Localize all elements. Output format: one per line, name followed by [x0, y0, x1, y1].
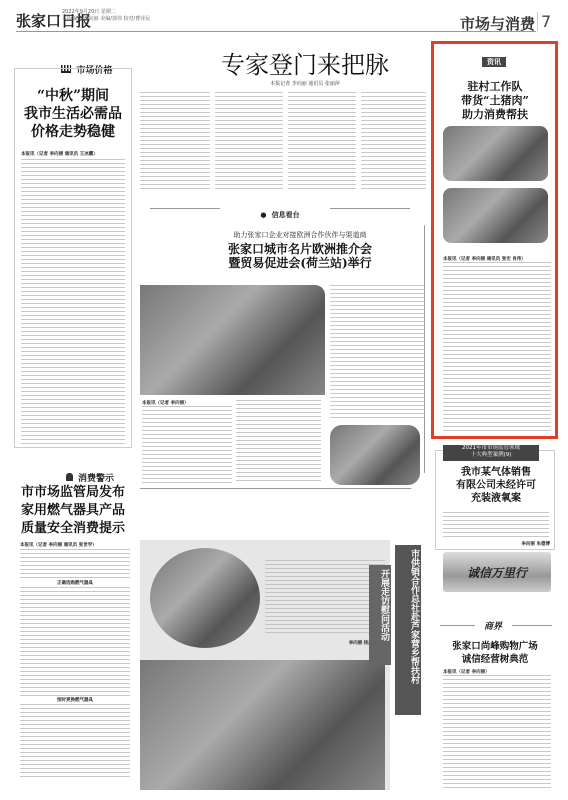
- info-rule-right: [330, 208, 410, 209]
- price-article: “中秋”期间 我市生活必需品 价格走势稳健 本报讯（记者 李向丽 通讯员 王冰鹏…: [14, 68, 132, 448]
- header-rule: [16, 31, 536, 32]
- tips-body-1: [20, 549, 130, 579]
- price-body-text: [21, 159, 125, 444]
- case-tag: 2021年市市场监管领域 十大典型案例(9): [443, 445, 539, 461]
- tips-body-3: [20, 704, 130, 780]
- visit-photo-round: [150, 548, 260, 648]
- news-kicker: 资讯: [482, 57, 506, 67]
- tips-subhead-2: 按时更换燃气器具: [20, 697, 130, 703]
- lead-byline: 本报记者 李向丽 通讯员 张丽萍: [180, 80, 430, 87]
- business-headline: 张家口尚峰购物广场 诚信经营树典范: [436, 640, 554, 666]
- event-photo-small: [330, 425, 420, 485]
- issue-date: 2022年9月20日 星期二: [62, 9, 150, 16]
- tips-subhead-1: 正确选购燃气器具: [20, 580, 130, 586]
- info-rule-left: [150, 208, 220, 209]
- lead-body-col2: [215, 92, 283, 192]
- case-credit: 李向丽 朱德博: [500, 541, 550, 547]
- page-number: 7: [537, 12, 551, 31]
- business-rule-right: [512, 625, 552, 626]
- building-icon: [66, 473, 73, 481]
- info-subtitle: 助力张家口企业对接欧洲合作伙伴与渠道商: [180, 230, 420, 240]
- feature-vertical-banner: 市供销合作总社赴芦家营乡帮扶村: [395, 545, 421, 715]
- lead-body-col1: [140, 92, 210, 192]
- tips-byline: 本报讯（记者 李向丽 通讯员 张世学）: [20, 542, 130, 548]
- tips-headline: 市市场监管局发布 家用燃气器具产品 质量安全消费提示: [14, 484, 132, 538]
- case-body: [443, 512, 549, 540]
- news-headline: 驻村工作队 带货“土猪肉” 助力消费帮扶: [436, 80, 554, 122]
- info-body-col1: [142, 406, 232, 484]
- section-title: 市场与消费: [460, 13, 535, 34]
- tips-body-2: [20, 587, 130, 697]
- group-photo: [140, 660, 385, 790]
- info-body-col2: [236, 400, 321, 484]
- info-headline: 张家口城市名片欧洲推介会 暨贸易促进会(荷兰站)举行: [175, 242, 425, 270]
- tips-kicker: 消费警示: [40, 466, 140, 485]
- integrity-promo-banner: 诚信万里行: [443, 552, 551, 592]
- price-byline: 本报讯（记者 李向丽 通讯员 王冰鹏）: [21, 151, 125, 157]
- business-body: [443, 675, 551, 790]
- business-kicker: 商界: [478, 619, 508, 632]
- info-body-right: [330, 285, 425, 420]
- pork-delivery-photo: [443, 126, 548, 181]
- editor-credits: 本版编辑/李向丽 美编/郭伟 校对/曹泽民: [62, 16, 150, 23]
- masthead-meta: 2022年9月20日 星期二 本版编辑/李向丽 美编/郭伟 校对/曹泽民: [62, 9, 150, 23]
- price-headline: “中秋”期间 我市生活必需品 价格走势稳健: [15, 87, 131, 141]
- video-conference-photo: [140, 285, 325, 395]
- feature-body: [265, 560, 385, 635]
- feature-vertical-banner-secondary: 开展走访慰问活动: [369, 565, 391, 665]
- lead-body-col3: [288, 92, 356, 192]
- case-headline: 我市某气体销售 有限公司未经许可 充装液氧案: [437, 466, 555, 505]
- business-rule-left: [440, 625, 475, 626]
- news-body: [443, 262, 551, 434]
- villagers-photo: [443, 188, 548, 243]
- lead-body-col4: [361, 92, 426, 192]
- lead-headline: 专家登门来把脉: [180, 50, 430, 80]
